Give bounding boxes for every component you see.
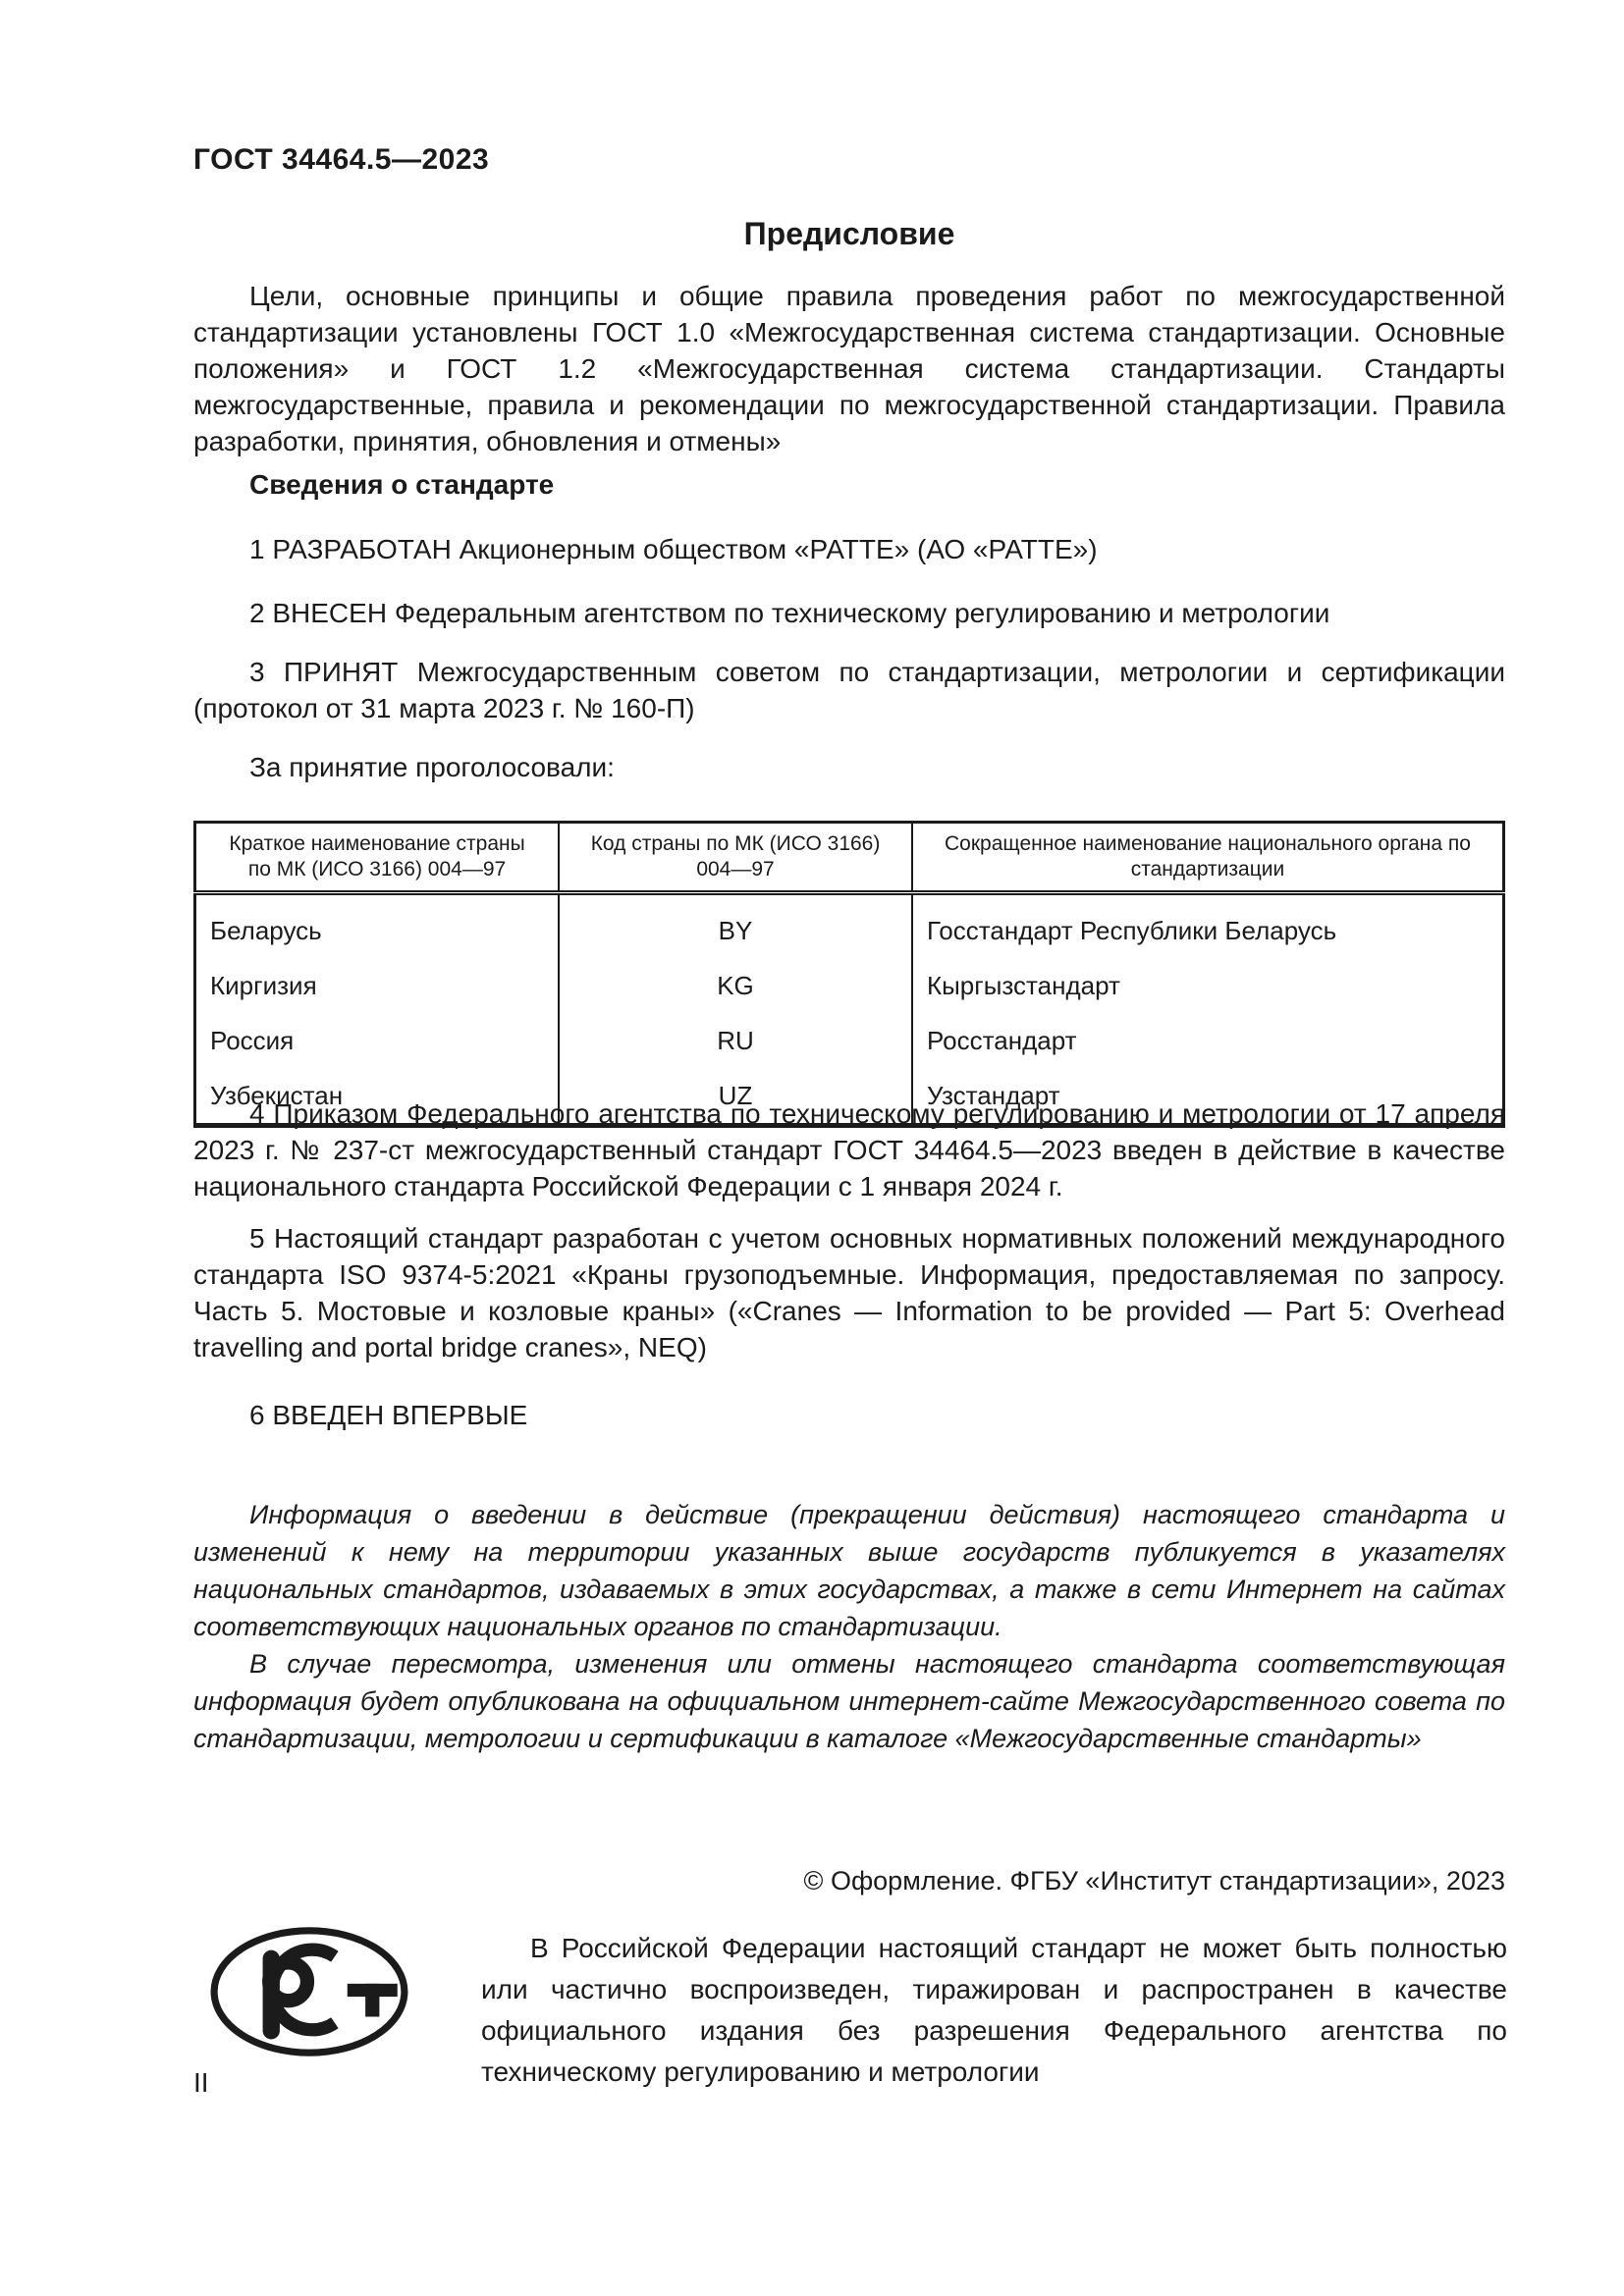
page-title: Предисловие (193, 216, 1505, 252)
table-header-body: Сокращенное наименование национального о… (912, 823, 1504, 893)
item-iso-basis: 5 Настоящий стандарт разработан с учетом… (193, 1220, 1505, 1365)
intro-paragraph: Цели, основные принципы и общие правила … (193, 278, 1505, 459)
item-developed: 1 РАЗРАБОТАН Акционерным обществом «РАТТ… (193, 531, 1505, 567)
rst-logo-icon (209, 1926, 409, 2057)
table-row: Киргизия KG Кыргызстандарт (195, 958, 1504, 1013)
cell-org: Кыргызстандарт (912, 958, 1504, 1013)
revision-note: В случае пересмотра, изменения или отмен… (193, 1645, 1505, 1757)
item-order: 4 Приказом Федерального агентства по тех… (193, 1095, 1505, 1204)
document-page: { "header": { "doc_number": "ГОСТ 34464.… (0, 0, 1624, 2296)
cell-org: Росстандарт (912, 1013, 1504, 1068)
item-submitted: 2 ВНЕСЕН Федеральным агентством по техни… (193, 595, 1505, 631)
vote-lead: За принятие проголосовали: (193, 752, 1505, 783)
cell-country: Россия (195, 1013, 560, 1068)
page-number: II (193, 2067, 209, 2099)
table-row: Россия RU Росстандарт (195, 1013, 1504, 1068)
doc-number-header: ГОСТ 34464.5—2023 (193, 143, 1505, 177)
table-header-row: Краткое наименование страны по МК (ИСО 3… (195, 823, 1504, 893)
restriction-paragraph: В Российской Федерации настоящий стандар… (481, 1928, 1507, 2093)
cell-code: KG (559, 958, 912, 1013)
effective-note: Информация о введении в действие (прекра… (193, 1496, 1505, 1645)
copyright-line: © Оформление. ФГБУ «Институт стандартиза… (193, 1866, 1505, 1896)
cell-country: Киргизия (195, 958, 560, 1013)
availability-notes: Информация о введении в действие (прекра… (193, 1496, 1505, 1757)
cell-code: BY (559, 893, 912, 959)
item-adopted: 3 ПРИНЯТ Межгосударственным советом по с… (193, 654, 1505, 726)
table-header-code: Код страны по МК (ИСО 3166) 004—97 (559, 823, 912, 893)
item-first-time: 6 ВВЕДЕН ВПЕРВЫЕ (193, 1400, 1505, 1431)
standard-info-heading: Сведения о стандарте (193, 469, 1505, 501)
rst-logo (209, 1926, 409, 2057)
table-header-country: Краткое наименование страны по МК (ИСО 3… (195, 823, 560, 893)
cell-code: RU (559, 1013, 912, 1068)
cell-org: Госстандарт Республики Беларусь (912, 893, 1504, 959)
voting-table: Краткое наименование страны по МК (ИСО 3… (193, 821, 1505, 1128)
cell-country: Беларусь (195, 893, 560, 959)
table-row: Беларусь BY Госстандарт Республики Белар… (195, 893, 1504, 959)
